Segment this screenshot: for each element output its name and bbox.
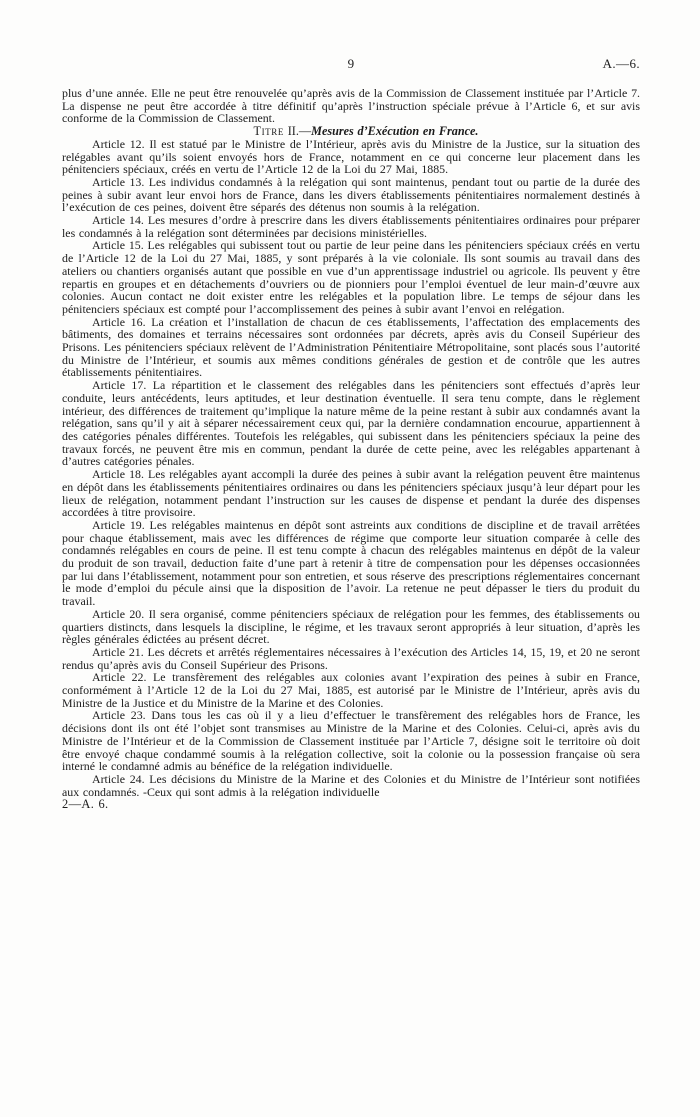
section-heading-title: Mesures d’Exécution en France. (311, 124, 478, 138)
paragraph-article-17: Article 17. La répartition et le classem… (62, 379, 640, 468)
paragraph-article-24: Article 24. Les décisions du Ministre de… (62, 773, 640, 798)
running-head: 9 A.—6. (62, 56, 640, 72)
section-heading-label: Titre (254, 124, 284, 138)
paragraph-article-13: Article 13. Les individus condamnés à la… (62, 176, 640, 214)
paragraph-article-23: Article 23. Dans tous les cas où il y a … (62, 709, 640, 773)
paragraph-article-18: Article 18. Les relégables ayant accompl… (62, 468, 640, 519)
paragraph-article-12: Article 12. Il est statué par le Ministr… (62, 138, 640, 176)
section-heading: Titre II.—Mesures d’Exécution en France. (62, 125, 640, 138)
paragraph-article-21: Article 21. Les décrets et arrêtés régle… (62, 646, 640, 671)
paragraph-article-20: Article 20. Il sera organisé, comme péni… (62, 608, 640, 646)
paragraph-article-19: Article 19. Les relégables maintenus en … (62, 519, 640, 608)
paragraph-article-22: Article 22. Le transfèrement des relégab… (62, 671, 640, 709)
paragraph-article-14: Article 14. Les mesures d’ordre à prescr… (62, 214, 640, 239)
paragraph-article-16: Article 16. La création et l’installatio… (62, 316, 640, 380)
printers-signature: 2—A. 6. (62, 798, 640, 811)
text-block: plus d’une année. Elle ne peut être reno… (62, 87, 640, 811)
page-number: 9 (348, 56, 355, 72)
section-heading-number: II. (284, 124, 299, 138)
document-reference: A.—6. (354, 56, 640, 72)
paragraph-continuation: plus d’une année. Elle ne peut être reno… (62, 87, 640, 125)
section-heading-separator: — (299, 124, 311, 138)
document-page: 9 A.—6. plus d’une année. Elle ne peut ê… (0, 0, 700, 1117)
paragraph-article-15: Article 15. Les relégables qui subissent… (62, 239, 640, 315)
